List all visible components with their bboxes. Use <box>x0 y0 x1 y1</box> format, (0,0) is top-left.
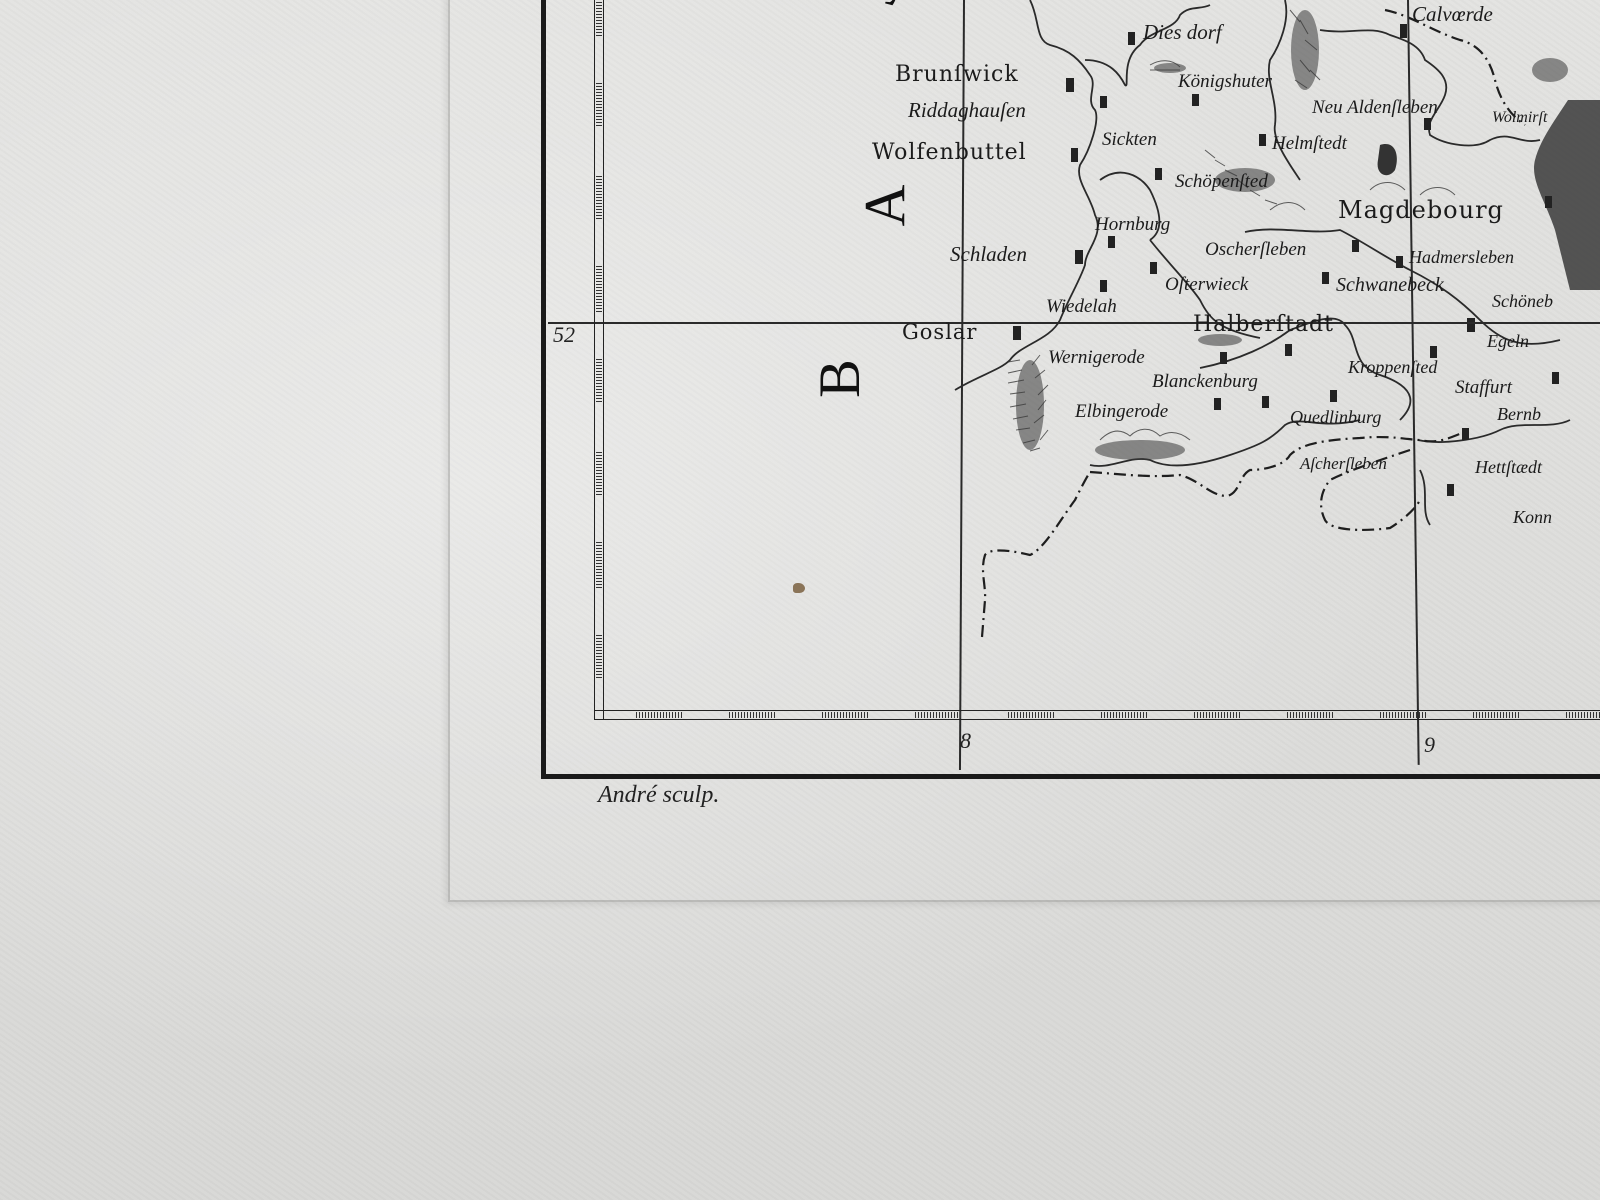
place-label: Schöpenſted <box>1175 172 1268 191</box>
place-label: Helmſtedt <box>1272 134 1347 153</box>
place-label: Kroppenſted <box>1348 358 1437 376</box>
place-label: Aſcherſleben <box>1300 455 1387 472</box>
engraver-signature: André sculp. <box>598 782 719 809</box>
place-label: Schladen <box>950 244 1027 265</box>
region-letter-a: A <box>851 185 918 227</box>
place-label: Hornburg <box>1095 215 1170 234</box>
place-label: Wolfenbuttel <box>872 142 1027 164</box>
place-label: Quedlinburg <box>1290 408 1381 426</box>
place-label: Brunſwick <box>895 64 1019 86</box>
place-label: Goslar <box>902 322 977 343</box>
place-label: Wernigerode <box>1048 348 1145 367</box>
region-letter-b: B <box>806 359 873 398</box>
place-label: Bernb <box>1497 405 1541 423</box>
place-label: Oſterwieck <box>1165 275 1248 294</box>
place-label: Wolmirſt <box>1492 110 1547 126</box>
place-label: Calvœrde <box>1412 4 1493 25</box>
paper-stain <box>793 583 805 593</box>
latitude-label: 52 <box>553 322 575 348</box>
place-label: Schwanebeck <box>1336 275 1444 295</box>
longitude-label-8: 8 <box>960 728 971 754</box>
place-label: Oscherſleben <box>1205 240 1306 259</box>
map-outer-border <box>541 0 1600 779</box>
place-label: Halberſtadt <box>1193 314 1334 336</box>
place-label: Konn <box>1513 508 1552 526</box>
place-label: Königshuter <box>1178 72 1272 91</box>
place-label: Riddaghauſen <box>908 100 1026 121</box>
place-label: Schöneb <box>1492 292 1553 310</box>
place-label: Staffurt <box>1455 378 1512 397</box>
place-label: Hettſtædt <box>1475 458 1542 476</box>
place-label: Dies dorf <box>1143 22 1222 43</box>
place-label: Blanckenburg <box>1152 372 1258 391</box>
place-label: Neu Aldenſleben <box>1312 98 1438 117</box>
degree-scale-horizontal <box>636 712 1600 718</box>
place-label: Egeln <box>1487 332 1529 350</box>
place-label: Wiedelah <box>1046 297 1117 316</box>
degree-scale-vertical <box>596 0 602 720</box>
place-label: Elbingerode <box>1075 402 1168 421</box>
longitude-label-9: 9 <box>1424 732 1435 758</box>
place-label: Sickten <box>1102 130 1157 149</box>
place-label: Magdebourg <box>1338 198 1504 222</box>
place-label: Hadmersleben <box>1409 248 1514 266</box>
